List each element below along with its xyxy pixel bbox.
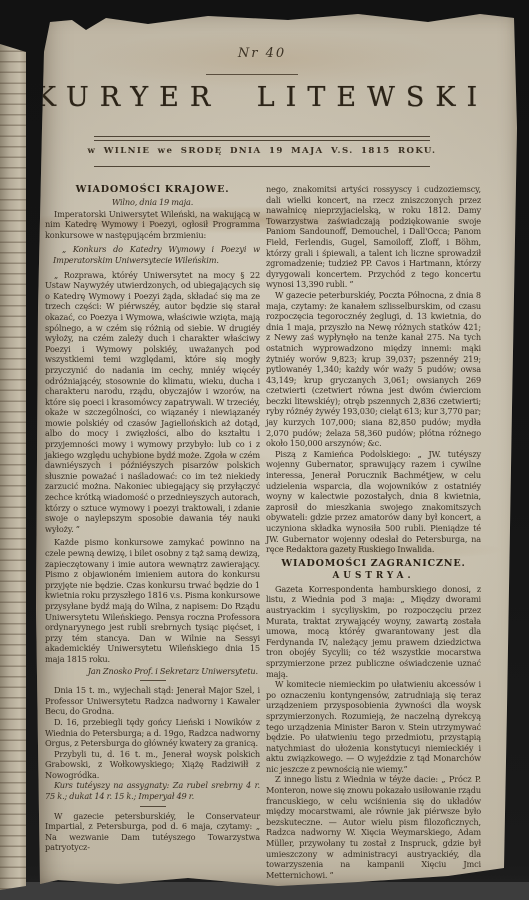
- signature-line: Jan Znosko Prof. i Sekretarz Uniwersytet…: [45, 666, 260, 677]
- scanned-newspaper-view: Nr 40 KURYER LITEWSKI w WILNIE we SRODĘ …: [0, 0, 529, 900]
- issue-number: Nr 40: [28, 46, 496, 61]
- paragraph: Z innego listu z Wiednia w téyże dacie: …: [266, 774, 481, 880]
- body-columns: WIADOMOŚCI KRAJOWE.Wilno, dnia 19 maja.I…: [45, 184, 481, 880]
- newspaper-title: KURYER LITEWSKI: [28, 82, 496, 113]
- paragraph: Kurs tutéyszy na assygnaty: Za rubel sre…: [45, 780, 260, 801]
- section-heading: WIADOMOŚCI ZAGRANICZNE.: [266, 558, 481, 570]
- paragraph: Gazeta Korrespondenta hamburskiego donos…: [266, 584, 481, 679]
- paragraph: W gazecie petersburskiéy, le Conservateu…: [45, 811, 260, 853]
- masthead-rule-single: [94, 166, 430, 167]
- paragraph: nego, znakomitsi artyści rossyyscy i cud…: [266, 184, 481, 290]
- left-column: WIADOMOŚCI KRAJOWE.Wilno, dnia 19 maja.I…: [45, 184, 260, 880]
- paragraph: Przybyli tu, d. 16 t. m., Jenerał woysk …: [45, 749, 260, 781]
- adjacent-page-edge: [0, 44, 26, 890]
- separator-rule: [140, 806, 166, 807]
- paragraph: „ Konkurs do Katedry Wymowy i Poezyi w I…: [45, 244, 260, 265]
- paragraph: W gazecie peterburskiéy, Poczta Północna…: [266, 290, 481, 449]
- issue-number-rule: [206, 74, 298, 75]
- masthead-dateline: w WILNIE we SRODĘ DNIA 19 MAJA V.S. 1815…: [28, 146, 496, 156]
- paragraph: D. 16, przebiegli tędy gońcy Lieński i N…: [45, 717, 260, 749]
- paragraph: Dnia 15 t. m., wyjechali stąd: Jenerał M…: [45, 685, 260, 717]
- section-heading: WIADOMOŚCI KRAJOWE.: [45, 184, 260, 196]
- column-dateline: Wilno, dnia 19 maja.: [45, 197, 260, 208]
- paragraph: Każde pismo konkursowe zamykać powinno n…: [45, 537, 260, 664]
- newspaper-page: Nr 40 KURYER LITEWSKI w WILNIE we SRODĘ …: [28, 8, 520, 890]
- separator-rule: [140, 680, 166, 681]
- masthead-rule-double: [94, 136, 430, 141]
- section-subheading: AUSTRYA.: [266, 571, 481, 582]
- paragraph: W komitecie niemieckim po ułatwieniu akc…: [266, 679, 481, 774]
- paragraph: Imperatorski Uniwersytet Wileński, na wa…: [45, 209, 260, 241]
- paragraph: „ Rozprawa, któréy Uniwersytet na mocy §…: [45, 270, 260, 535]
- right-column: nego, znakomitsi artyści rossyyscy i cud…: [266, 184, 481, 880]
- paragraph: Piszą z Kamieńca Podolskiego: „ JW. tuté…: [266, 449, 481, 555]
